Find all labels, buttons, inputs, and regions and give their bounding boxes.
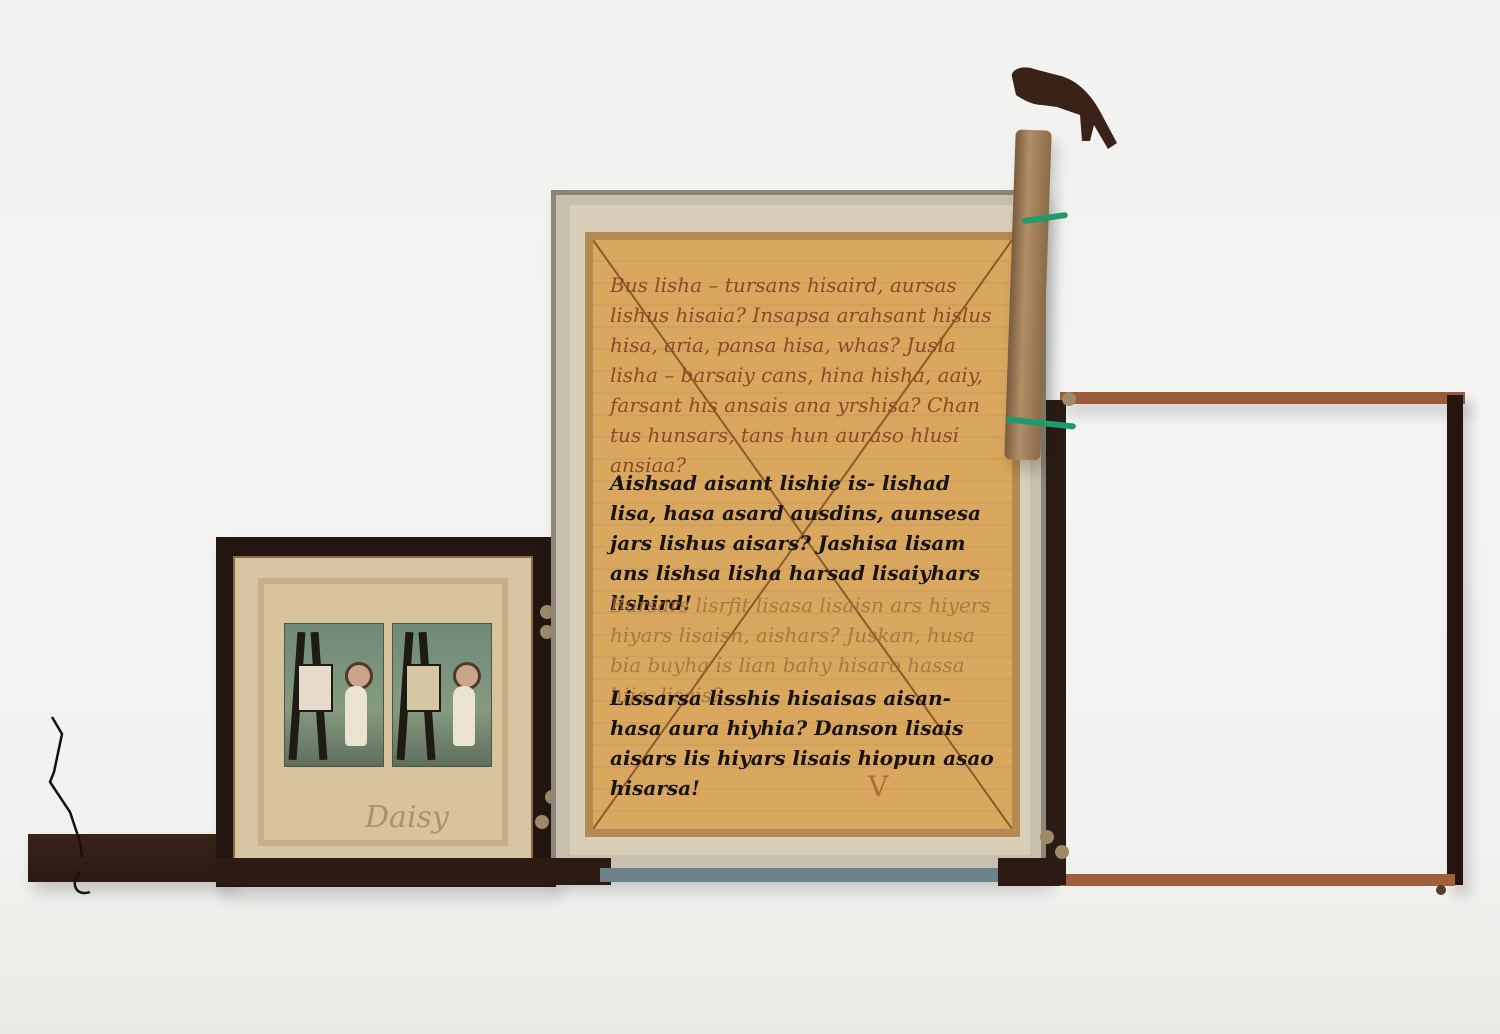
v-mark: V	[868, 770, 888, 803]
handwriting-paragraph-4: Lissarsa lisshis hisaisas aisan- hasa au…	[610, 683, 1000, 803]
rope-hinge	[1062, 392, 1076, 406]
photo-left	[284, 623, 384, 767]
handwriting-paragraph-1: Bus lisha – tursans hisaird, aursas lish…	[610, 270, 1000, 480]
blank-canvas	[297, 664, 333, 712]
signature: Daisy	[365, 800, 449, 835]
empty-frame-top	[1060, 392, 1465, 404]
empty-frame-bottom	[1060, 874, 1455, 886]
empty-frame-left	[1046, 400, 1066, 885]
frame-knot	[1436, 885, 1446, 895]
bottom-bar-left	[216, 858, 611, 885]
photo-right	[392, 623, 492, 767]
bottom-bar-blue	[600, 868, 1060, 882]
child-figure	[345, 686, 367, 746]
painted-canvas	[405, 664, 441, 712]
rope-hinge	[1055, 845, 1069, 859]
hanging-wire	[40, 712, 120, 902]
rope-hinge	[1040, 830, 1054, 844]
hammer-head-icon	[1002, 65, 1122, 165]
empty-frame-right	[1447, 395, 1463, 885]
rope-hinge	[535, 815, 549, 829]
child-figure	[453, 686, 475, 746]
